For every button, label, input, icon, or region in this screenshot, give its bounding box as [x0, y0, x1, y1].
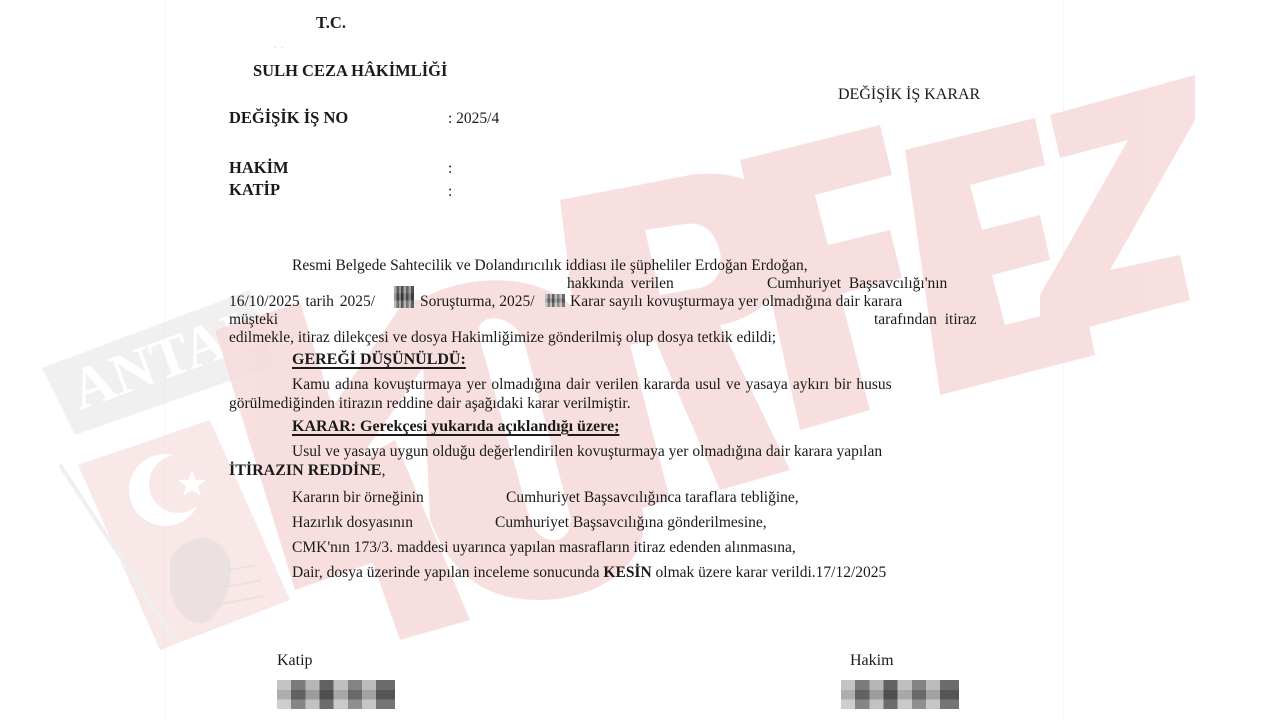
case-number-value: : 2025/4	[448, 110, 499, 128]
clerk-signature-label: Katip	[277, 652, 313, 670]
intro-line-4b: tarafından itiraz	[874, 311, 977, 329]
final-line: Dair, dosya üzerinde yapılan inceleme so…	[292, 564, 886, 582]
ruling-3: CMK'nın 173/3. maddesi uyarınca yapılan …	[292, 539, 796, 557]
redacted-file-number	[394, 286, 414, 308]
considered-heading: GEREĞİ DÜŞÜNÜLDÜ:	[292, 351, 466, 369]
judge-value: :	[448, 160, 452, 178]
ruling-2-left: Hazırlık dosyasının	[292, 514, 413, 532]
redacted-court-location: · ·	[273, 40, 284, 55]
intro-line-3a: 16/10/2025 tarih 2025/	[229, 293, 375, 311]
final-verdict: KESİN	[603, 564, 651, 581]
intro-line-5: edilmekle, itiraz dilekçesi ve dosya Hak…	[229, 329, 776, 347]
ruling-1-left: Kararın bir örneğinin	[292, 489, 424, 507]
ruling-2-right: Cumhuriyet Başsavcılığına gönderilmesine…	[495, 514, 767, 532]
considered-line-1: Kamu adına kovuşturmaya yer olmadığına d…	[292, 376, 892, 394]
intro-line-1: Resmi Belgede Sahtecilik ve Dolandırıcıl…	[292, 257, 808, 275]
clerk-label: KATİP	[229, 181, 280, 199]
intro-line-3b: Soruşturma, 2025/	[420, 293, 535, 311]
country-header: T.C.	[316, 14, 346, 32]
document-type: DEĞİŞİK İŞ KARAR	[838, 86, 980, 104]
court-name: SULH CEZA HÂKİMLİĞİ	[253, 62, 447, 80]
judge-signature-label: Hakim	[850, 652, 894, 670]
intro-date-text: 16/10/2025 tarih 2025/	[229, 293, 375, 310]
redacted-clerk-signature	[277, 680, 395, 709]
judge-label: HAKİM	[229, 159, 289, 177]
intro-line-4a: müşteki	[229, 311, 278, 329]
redacted-judge-signature	[841, 680, 959, 709]
intro-line-2b: Cumhuriyet Başsavcılığı'nın	[767, 275, 947, 293]
decision-line-2: İTİRAZIN REDDİNE,	[229, 462, 385, 480]
case-number-label: DEĞİŞİK İŞ NO	[229, 109, 348, 127]
intro-line-3c: Karar sayılı kovuşturmaya yer olmadığına…	[570, 293, 902, 311]
ruling-1-right: Cumhuriyet Başsavcılığınca taraflara teb…	[506, 489, 799, 507]
decision-line-1: Usul ve yasaya uygun olduğu değerlendiri…	[292, 443, 882, 461]
redacted-decision-number	[545, 294, 565, 307]
considered-line-2: görülmediğinden itirazın reddine dair aş…	[229, 395, 631, 413]
clerk-value: :	[448, 183, 452, 201]
intro-line-2: hakkında verilen	[567, 275, 674, 293]
decision-heading: KARAR: Gerekçesi yukarıda açıklandığı üz…	[292, 418, 619, 436]
objection-rejected: İTİRAZIN REDDİNE	[229, 462, 381, 479]
